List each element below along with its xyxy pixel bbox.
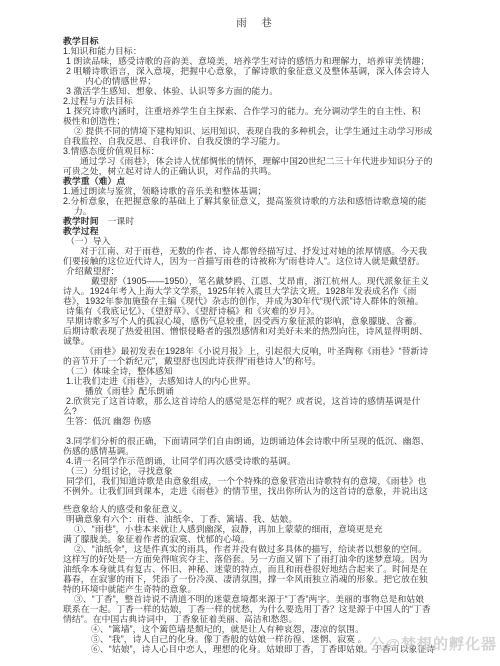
doc-line: 4.请一名同学作示范朗诵，让同学们再次感受诗歌的基调。 xyxy=(63,456,447,466)
doc-line: 诚挚。 xyxy=(63,336,447,346)
doc-line: 些意象给人的感受和象征意义。 xyxy=(63,504,447,514)
doc-line: 1 探究诗歌内涵时，注重培养学生自主探索、合作学习的能力。充分调动学生的自主性、… xyxy=(63,106,447,116)
doc-line: ②、“油纸伞”，这是件真实的雨具，作者并没有做过多具体的描写，给读者以想象的空间… xyxy=(63,544,447,554)
doc-line: 们要接触的这位近代诗人，因为一首描写雨巷的诗被称为“雨巷诗人”。这位诗人就是戴望… xyxy=(63,256,447,266)
doc-line: 对于江南、对于雨巷，无数的作者、诗人都曾经描写过、抒发过对她的浓厚情感。今天我 xyxy=(63,246,447,256)
doc-line xyxy=(63,426,447,436)
doc-line: 2 咀嚼诗歌语言，深入意境，把握中心意象，了解诗歌的象征意义及整体基调，深入体会… xyxy=(63,66,447,76)
doc-line: 力。 xyxy=(63,206,447,216)
doc-lines: 教学目标1.知识和能力目标：1 朗读品味，感受诗歌的音韵美、意境美，培养学生对诗… xyxy=(63,36,447,654)
doc-line: 后期诗歌表现了热爱祖国、憎恨侵略者的强烈感情和对美好未来的热烈向往，诗风显得明朗… xyxy=(63,326,447,336)
doc-line: （一）导入 xyxy=(63,236,447,246)
doc-line: （二）体味全诗，整体感知 xyxy=(63,366,447,376)
doc-line: 戴望舒（1905——1950），笔名戴梦鸥、江恩、艾昂甫，浙江杭州人。现代派象征… xyxy=(63,276,447,286)
doc-line: 3.同学们分析的很正确，下面请同学们自由朗诵，边朗诵边体会诗歌中所呈现的低沉、幽… xyxy=(63,436,447,446)
doc-line: 巷》，1932年参加施蛰存主编《现代》杂志的创作，并成为30年代“现代派”诗人群… xyxy=(63,296,447,306)
doc-line: 通过学习《雨巷》，体会诗人忧郁惆怅的情怀，理解中国20世纪二三十年代进步知识分子… xyxy=(63,156,447,166)
doc-line: 情结”。在中国古典诗词中，丁香象征着美丽、高洁和愁怨。 xyxy=(63,614,447,624)
doc-line: 1 朗读品味，感受诗歌的音韵美、意境美，培养学生对诗的感悟力和理解力，培养审美情… xyxy=(63,56,447,66)
doc-line: 内心的情感世界； xyxy=(63,76,447,86)
doc-line: 诗集有《我底记忆》、《望舒草》、《望舒诗稿》和《灾难的岁月》。 xyxy=(63,306,447,316)
doc-line xyxy=(63,496,447,504)
doc-line: 特的环境中就能产生奇特的意象。 xyxy=(63,584,447,594)
doc-line: 1.让我们走进《雨巷》，去感知诗人的内心世界。 xyxy=(63,376,447,386)
doc-line: 教学重（难）点 xyxy=(63,176,447,186)
watermark: 公@梦想的孵化器 xyxy=(369,633,497,654)
doc-line: 2.欣赏完了这首诗歌，那么这首诗给人的感觉是怎样的呢？或者说，这首诗的感情基调是… xyxy=(63,396,447,406)
doc-line: 3.情感态度价值观目标： xyxy=(63,146,447,156)
document-page: 雨 巷 教学目标1.知识和能力目标：1 朗读品味，感受诗歌的音韵美、意境美，培养… xyxy=(0,0,500,666)
doc-line: 么? xyxy=(63,406,447,416)
doc-line: ② 提供不同的情境下建构知识、运用知识、表现自我的多种机会，让学生通过主动学习形… xyxy=(63,126,447,136)
doc-line: 油纸伞本身就具有复古、怀旧、神秘、迷蒙的特点，而且和雨巷很好地结合起来了。时间是… xyxy=(63,564,447,574)
doc-line: 可贵之处，树立起对诗人的正确认识，对作品的共鸣。 xyxy=(63,166,447,176)
doc-line: 2.过程与方法目标 xyxy=(63,96,447,106)
doc-line: ①、“雨巷”，小巷本来就让人感到幽深，寂静，再加上蒙蒙的细雨，意境更是充 xyxy=(63,524,447,534)
doc-line: 暮春，在寂寥的雨下，凭添了一份冷漠、凄清氛围，撑一伞风雨独立消魂的形象。把它放在… xyxy=(63,574,447,584)
doc-line: 教学过程 xyxy=(63,226,447,236)
doc-line: 1.知识和能力目标： xyxy=(63,46,447,56)
doc-line: 播放《雨巷》配乐朗诵 xyxy=(63,386,447,396)
doc-line: 教学时间 一课时 xyxy=(63,216,447,226)
doc-line: 的音节开了一个新纪元”，戴望舒也因此诗获得“雨巷诗人”的称号。 xyxy=(63,356,447,366)
doc-line: 教学目标 xyxy=(63,36,447,46)
doc-line: 3 激活学生感知、想象、体验、认识等多方面的能力。 xyxy=(63,86,447,96)
page-title: 雨 巷 xyxy=(63,8,447,36)
doc-line: 这样写的好处是一方面免得喧宾夺主、落俗套。另一方面又留下了雨打油伞的迷梦意境。因… xyxy=(63,554,447,564)
doc-line: 联系在一起。丁香一样的姑娘，丁香一样的忧愁，为什么要选用丁香？这是源于中国人的“… xyxy=(63,604,447,614)
doc-line: 《雨巷》最初发表在1928年《小说月报》上，引起很大反响，叶圣陶称《雨巷》“替新… xyxy=(63,346,447,356)
doc-line: 同学们，我们知道诗歌是由意象组成，一个个特殊的意象营造出诗歌特有的意境，《雨巷》… xyxy=(63,476,447,486)
doc-line: 伤感的感情基调。 xyxy=(63,446,447,456)
doc-line: 极性和创造性； xyxy=(63,116,447,126)
doc-line: ③、“丁香”，整首诗说不清道不明的迷蒙意境都来源于“丁香”两字。美丽的事物总是和… xyxy=(63,594,447,604)
doc-line: 明确意象有六个：雨巷、油纸伞、丁香、篱墙、我、姑娘。 xyxy=(63,514,447,524)
doc-line: （三）分组讨论，寻找意象 xyxy=(63,466,447,476)
doc-line: 不例外。让我们回到课本，走进《雨巷》的情节里，找出你所认为的这首诗的意象，并说出… xyxy=(63,486,447,496)
doc-line: 自我监控、自我反思、自我评价、自我反馈的学习能力。 xyxy=(63,136,447,146)
doc-line: 满了朦胧美。象征着作者的寂寞、忧郁的心境。 xyxy=(63,534,447,544)
doc-line: 1.通过朗读与鉴赏，领略诗歌的音乐美和整体基调； xyxy=(63,186,447,196)
document-content: 雨 巷 教学目标1.知识和能力目标：1 朗读品味，感受诗歌的音韵美、意境美，培养… xyxy=(63,8,447,654)
doc-line: 2.分析意象，在把握意象的基础上了解其象征意义，提高鉴赏诗歌的方法和感悟诗歌意境… xyxy=(63,196,447,206)
doc-line: 生答：低沉 幽怨 伤感 xyxy=(63,416,447,426)
doc-line: 介绍戴望舒： xyxy=(63,266,447,276)
doc-line: 诗人。1924年考入上海大学文学系，1925年转入震旦大学法文班。1928年发表… xyxy=(63,286,447,296)
doc-line: 早期诗歌多写个人的孤寂心境，感伤气息较重，因受西方象征派的影响，意象朦胧、含蓄。 xyxy=(63,316,447,326)
